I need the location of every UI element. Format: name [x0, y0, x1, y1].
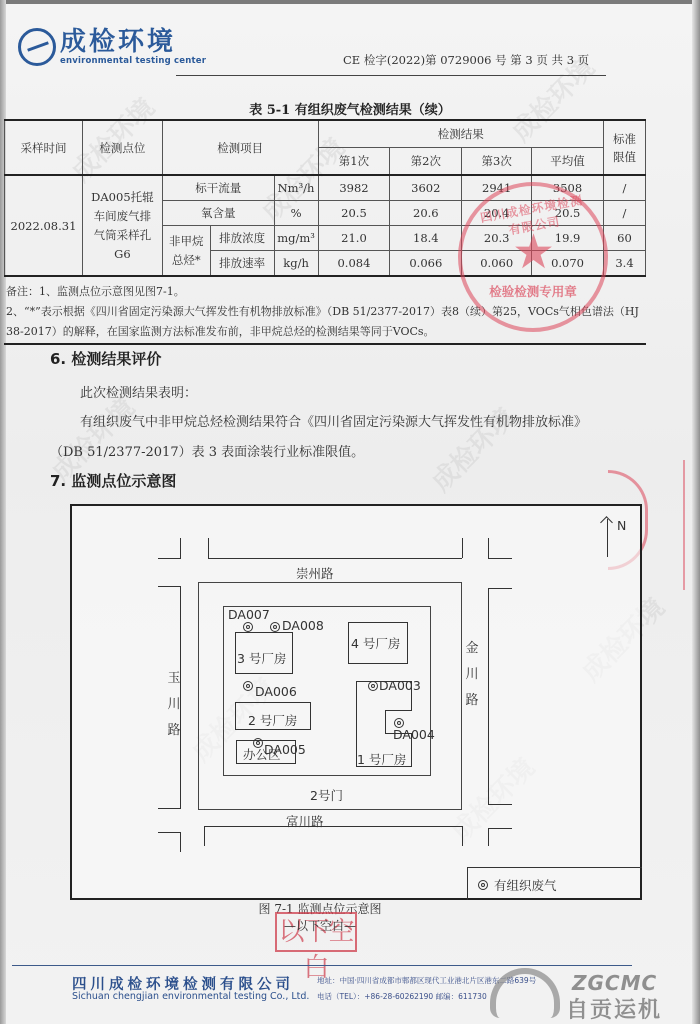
monitoring-point-icon — [243, 681, 253, 691]
logo-e-icon — [18, 28, 56, 66]
cell-run2: 0.066 — [390, 251, 462, 277]
point-da006: DA006 — [255, 684, 297, 699]
north-arrow-icon — [607, 519, 608, 557]
point-da005: DA005 — [264, 742, 306, 757]
gate-label: 2号门 — [310, 786, 343, 804]
point-da008: DA008 — [282, 618, 324, 633]
header-results: 检测结果 — [318, 120, 603, 148]
cell-unit: Nm³/h — [274, 175, 318, 201]
cell-run1: 0.084 — [318, 251, 390, 277]
building-1-label: 1 号厂房 — [357, 750, 406, 768]
star-icon: ★ — [512, 228, 555, 276]
page-seal-partial — [683, 460, 697, 590]
monitoring-point-icon — [253, 738, 263, 748]
header-run1: 第1次 — [318, 148, 390, 176]
building-4: 4 号厂房 — [348, 622, 408, 664]
road-edge — [208, 538, 209, 558]
header-monitoring-point: 检测点位 — [82, 120, 162, 175]
section-6-heading: 6. 检测结果评价 — [50, 348, 161, 369]
cell-run2: 18.4 — [390, 226, 462, 251]
point-da004: DA004 — [393, 727, 435, 742]
end-note: —以下空白— — [0, 917, 640, 934]
road-edge — [462, 538, 463, 558]
cell-run1: 3982 — [318, 175, 390, 201]
point-da003: DA003 — [379, 678, 421, 693]
monitoring-point-icon — [243, 622, 253, 632]
footer-tel: 电话（TEL）：+86-28-60262190 邮编：611730 — [317, 991, 487, 1002]
road-label-east: 金川路 — [464, 636, 480, 714]
header-sampling-time: 采样时间 — [5, 120, 83, 175]
footer-divider — [12, 965, 332, 966]
road-edge — [158, 808, 181, 809]
cell-run1: 21.0 — [318, 226, 390, 251]
section-6-body: 有组织废气中非甲烷总烃检测结果符合《四川省固定污染源大气挥发性有机物排放标准》（… — [50, 408, 610, 468]
official-seal: 四川成检环境检测有限公司 ★ 检验检测专用章 — [458, 182, 608, 332]
legend-label: 有组织废气 — [494, 876, 557, 894]
road-label-north: 崇州路 — [296, 564, 334, 582]
cell-item: 氧含量 — [162, 201, 274, 226]
footer-divider — [332, 965, 632, 966]
road-edge — [488, 588, 489, 804]
cell-unit: % — [274, 201, 318, 226]
road-edge — [158, 586, 181, 587]
road-edge — [488, 828, 489, 846]
monitoring-point-icon — [368, 681, 378, 691]
cell-run2: 20.6 — [390, 201, 462, 226]
section-6-intro: 此次检测结果表明： — [80, 382, 197, 401]
road-edge — [488, 804, 512, 805]
header-limit: 标准限值 — [603, 120, 645, 175]
monitoring-point-icon — [478, 880, 488, 890]
road-edge — [180, 538, 181, 558]
road-edge — [208, 558, 462, 559]
cell-item: 标干流量 — [162, 175, 274, 201]
building-3: 3 号厂房 — [235, 632, 293, 674]
header-average: 平均值 — [532, 148, 604, 176]
road-edge — [204, 826, 462, 827]
table-title: 表 5-1 有组织废气检测结果（续） — [0, 99, 700, 118]
cell-unit: kg/h — [274, 251, 318, 277]
building-2: 2 号厂房 — [235, 702, 311, 730]
overlay-logo-cn: 自贡运机 — [566, 993, 662, 1024]
header-run2: 第2次 — [390, 148, 462, 176]
map-legend: 有组织废气 — [467, 867, 642, 900]
building-2-label: 2 号厂房 — [248, 711, 297, 729]
header-divider — [176, 75, 606, 76]
road-edge — [158, 558, 181, 559]
building-3-label: 3 号厂房 — [237, 649, 286, 667]
cell-item: 排放浓度 — [210, 226, 274, 251]
road-edge — [488, 538, 489, 558]
notes-divider — [4, 343, 646, 345]
cell-sampling-time: 2022.08.31 — [5, 175, 83, 276]
road-edge — [488, 558, 512, 559]
road-edge — [488, 588, 512, 589]
section-7-heading: 7. 监测点位示意图 — [50, 470, 176, 491]
road-edge — [462, 826, 463, 846]
cell-run2: 3602 — [390, 175, 462, 201]
road-label-south: 富川路 — [286, 812, 324, 830]
cell-group-label: 非甲烷总烃* — [162, 226, 210, 277]
north-label: N — [617, 518, 626, 533]
header-item: 检测项目 — [162, 120, 318, 175]
footer-company-en: Sichuan chengjian environmental testing … — [72, 991, 309, 1002]
monitoring-map: N 崇州路 玉川路 金川路 富川路 3 号厂房 4 号厂房 2 号厂房 1 号厂… — [70, 504, 642, 900]
page-edge — [0, 0, 700, 4]
logo-cn: 成检环境 — [60, 28, 206, 56]
point-da007: DA007 — [228, 607, 270, 622]
header-run3: 第3次 — [462, 148, 532, 176]
cell-run1: 20.5 — [318, 201, 390, 226]
monitoring-point-icon — [270, 622, 280, 632]
cell-item: 排放速率 — [210, 251, 274, 277]
road-edge — [204, 826, 205, 846]
logo-en: environmental testing center — [60, 56, 206, 66]
road-edge — [158, 832, 181, 833]
cell-limit: 60 — [603, 226, 645, 251]
building-4-label: 4 号厂房 — [351, 634, 400, 652]
cell-limit: / — [603, 175, 645, 201]
road-edge — [488, 828, 512, 829]
overlay-logo-en: ZGCMC — [572, 971, 657, 995]
cell-unit: mg/m³ — [274, 226, 318, 251]
road-edge — [180, 832, 181, 852]
cell-limit: / — [603, 201, 645, 226]
cell-monitoring-point: DA005托辊车间废气排气筒采样孔G6 — [82, 175, 162, 276]
report-number: CE 检字(2022)第 0729006 号 第 3 页 共 3 页 — [343, 52, 589, 68]
seal-bottom-text: 检验检测专用章 — [478, 282, 588, 300]
company-logo: 成检环境 environmental testing center — [18, 28, 206, 66]
road-label-west: 玉川路 — [166, 666, 182, 744]
cell-limit: 3.4 — [603, 251, 645, 277]
